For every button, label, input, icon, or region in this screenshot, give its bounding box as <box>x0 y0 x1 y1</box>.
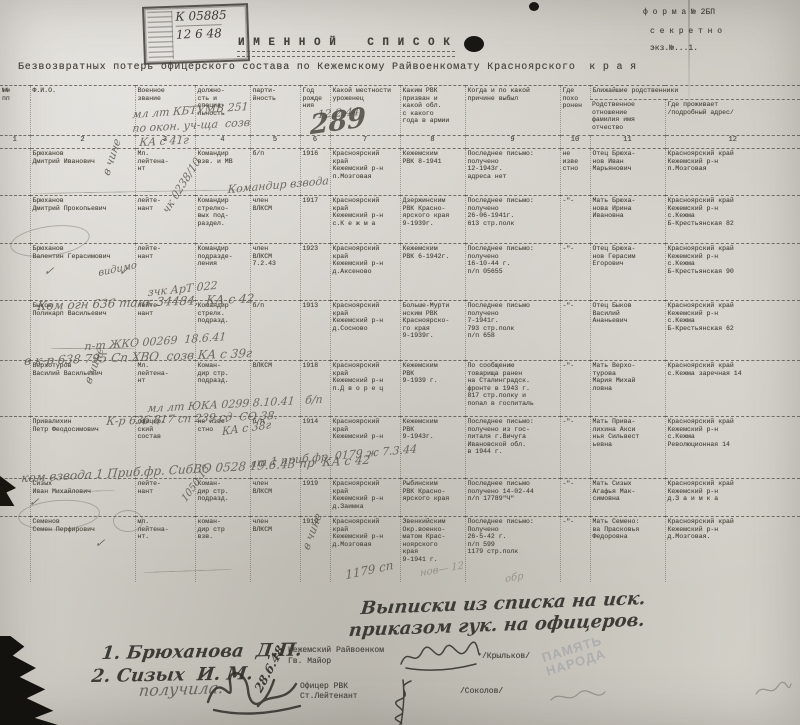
cell: Кежемским РВК 6-1942г. <box>400 244 465 301</box>
document-title: И М Е Н Н О Й С П И С О К <box>238 37 451 49</box>
cell: Коман- дир стр. подразд. <box>195 479 250 517</box>
cell: 1918 <box>300 361 330 417</box>
col-number: 11 <box>590 136 665 149</box>
col-number: 7 <box>330 136 400 149</box>
cell: -"- <box>560 479 590 517</box>
col-header: Родственное отношение фамилия имя отчест… <box>590 100 665 136</box>
form-number: ф о р м а № 2БП <box>643 8 715 17</box>
cell: Красноярский край Кежемский р-н с.Кежма … <box>665 196 800 244</box>
stamp-number: К 05885 <box>175 8 227 24</box>
cell <box>0 301 30 361</box>
official1-name: /Крыльков/ <box>482 652 530 661</box>
pencil-circle <box>113 510 143 532</box>
col-header: Где похо ронен <box>560 86 590 136</box>
cell: Красноярский край Кежемский р-н д.Соснов… <box>330 301 400 361</box>
cell: коман- дир стр взв. <box>195 517 250 582</box>
signature-faint-2 <box>752 676 794 704</box>
table-header-row: №№ пп Ф.И.О. Военное звание должно- сть … <box>0 86 800 100</box>
cell: -"- <box>560 301 590 361</box>
cell: 1923 <box>300 244 330 301</box>
scanned-document-page: К 0588512 6 48 И М Е Н Н О Й С П И С О К… <box>0 0 800 725</box>
title-underline <box>237 51 455 57</box>
cell: -"- <box>560 196 590 244</box>
cell: Дзержинским РВК Красно- ярского края 9-1… <box>400 196 465 244</box>
stamp-date: 12 6 48 <box>176 24 222 44</box>
pencil-stroke <box>50 348 135 349</box>
archive-watermark: ПАМЯТЬНАРОДА <box>540 634 608 679</box>
cell: Кежемским РВК 9-1939 г. <box>400 361 465 417</box>
official2-name: /Соколов/ <box>460 687 503 696</box>
cell: Красноярский край Кежемский р-н с.Кежма … <box>665 301 800 361</box>
cell: Больше-Мурти нским РВК Красноярско- го к… <box>400 301 465 361</box>
cell: Последнее письмо: получено 26-06-1941г. … <box>465 196 560 244</box>
official1-title: Кежемский Райвоенком <box>288 646 384 655</box>
cell: Красноярский край с.Кежма заречная 14 <box>665 361 800 417</box>
signature-sokolov <box>385 678 427 725</box>
cell: Последнее письмо: получено из гос- питал… <box>465 417 560 479</box>
cell: Красноярский край Кежемский р-н п.Мозгов… <box>330 149 400 196</box>
registration-stamp: К 0588512 6 48 <box>142 3 250 65</box>
cell: Красноярский край Кежемский р-н с.Кежма … <box>665 417 800 479</box>
cell: б/п <box>250 301 300 361</box>
handwritten-annotation: КА с 41г <box>139 133 190 149</box>
table-row: Верхотуров Василий ВасильевичМл. лейтена… <box>0 361 800 417</box>
document-subtitle: Безвозвратных потерь офицерского состава… <box>18 62 637 73</box>
cell: 1917 <box>300 196 330 244</box>
cell: Командир стрелко- вых под- раздел. <box>195 196 250 244</box>
cell: Красноярский край Кежемский р-н п.Мозгов… <box>665 149 800 196</box>
col-header: Каким РВК призван и какой обл. с какого … <box>400 86 465 136</box>
cell <box>0 361 30 417</box>
signature-faint-1 <box>548 686 608 708</box>
cell: Мать Сизых Агафья Мак- симовна <box>590 479 665 517</box>
cell: По сообщению товарища ранен на Сталингра… <box>465 361 560 417</box>
checkmark: ✓ <box>43 264 55 278</box>
col-header: Где проживает /подробный адрес/ <box>665 100 800 136</box>
cell: -"- <box>560 361 590 417</box>
stamp-fineprint <box>147 11 174 60</box>
cell: Красноярский край Кежемский р-н д.Мозгов… <box>665 517 800 582</box>
checkmark: ✓ <box>94 536 106 550</box>
col-header: №№ пп <box>0 86 30 136</box>
cell: член ВЛКСМ <box>250 479 300 517</box>
col-number: 8 <box>400 136 465 149</box>
handwritten-annotation: обр <box>505 571 524 585</box>
cell: Последнее письмо: получено 16-10-44 г. п… <box>465 244 560 301</box>
ink-speck <box>529 2 539 11</box>
cell: Мать Семено: ва Прасковья Федоровна <box>590 517 665 582</box>
cell: член ВЛКСМ <box>250 196 300 244</box>
col-number: 12 <box>665 136 800 149</box>
cell: 1913 <box>300 301 330 361</box>
col-number: 1 <box>0 136 30 149</box>
cell <box>0 149 30 196</box>
cell: Кежемским РВК 8-1941 <box>400 149 465 196</box>
col-number: 9 <box>465 136 560 149</box>
cell: Верхотуров Василий Васильевич <box>30 361 135 417</box>
cell: -"- <box>560 417 590 479</box>
cell: -"- <box>560 244 590 301</box>
cell: Красноярский край Кежемский р-н д.Заимка <box>330 479 400 517</box>
secrecy-label: с е к р е т н о <box>650 27 722 36</box>
signature-kryl-kov <box>398 640 483 674</box>
cell: Последнее письмо получено 7-1941г. 793 с… <box>465 301 560 361</box>
cell: Последнее письмо: получено 12-1943г. адр… <box>465 149 560 196</box>
cell: Мать Брюха- нова Ирина Ивановна <box>590 196 665 244</box>
col-header: Когда и по какой причине выбыл <box>465 86 560 136</box>
copy-number: экз.№...1. <box>650 44 698 53</box>
cell: Красноярский край Кежемский р-н с.Кежма … <box>665 244 800 301</box>
cell: Отец Брюха- нов Герасим Егорович <box>590 244 665 301</box>
cell: не изве стно <box>560 149 590 196</box>
cell: член ВЛКСМ 7.2.43 <box>250 244 300 301</box>
cell: Рыбинским РВК Красно- ярского края <box>400 479 465 517</box>
cell: член ВЛКСМ <box>250 517 300 582</box>
cell <box>0 417 30 479</box>
col-header-relatives-group: Ближайшие родственники <box>590 86 800 100</box>
cell: Красноярский край Кежемский р-н с.К е ж … <box>330 196 400 244</box>
col-header: парти- йность <box>250 86 300 136</box>
cell: Мать Верхо- турова Мария Михай ловна <box>590 361 665 417</box>
cell: Последнее письмо получено 14-02-44 п/п 1… <box>465 479 560 517</box>
cell: Отец Быков Василий Ананьевич <box>590 301 665 361</box>
cell: -"- <box>560 517 590 582</box>
col-number: 4 <box>195 136 250 149</box>
ink-blot <box>464 36 484 52</box>
col-header: Ф.И.О. <box>30 86 135 136</box>
cell <box>0 517 30 582</box>
col-number: 10 <box>560 136 590 149</box>
paper-crease <box>688 0 690 120</box>
table-row: Брюханов Дмитрий Прокопьевичлейте- нантК… <box>0 196 800 244</box>
table-row: Брюханов Дмитрий ИвановичМл. лейтена- нт… <box>0 149 800 196</box>
cell: Отец Брюха- нов Иван Марьянович <box>590 149 665 196</box>
col-number: 5 <box>250 136 300 149</box>
cell: Красноярский край Кежемский р-н д.З а и … <box>665 479 800 517</box>
torn-corner <box>0 636 58 725</box>
cell: Мать Прива- лихина Акси нья Сильвест ьев… <box>590 417 665 479</box>
cell: Брюханов Дмитрий Иванович <box>30 149 135 196</box>
losses-table: №№ пп Ф.И.О. Военное звание должно- сть … <box>0 85 800 582</box>
cell: Красноярский край Кежемский р-н д.Аксено… <box>330 244 400 301</box>
cell: Красноярский край Кежемский р-н п.Д в о … <box>330 361 400 417</box>
signature-received <box>200 658 312 720</box>
